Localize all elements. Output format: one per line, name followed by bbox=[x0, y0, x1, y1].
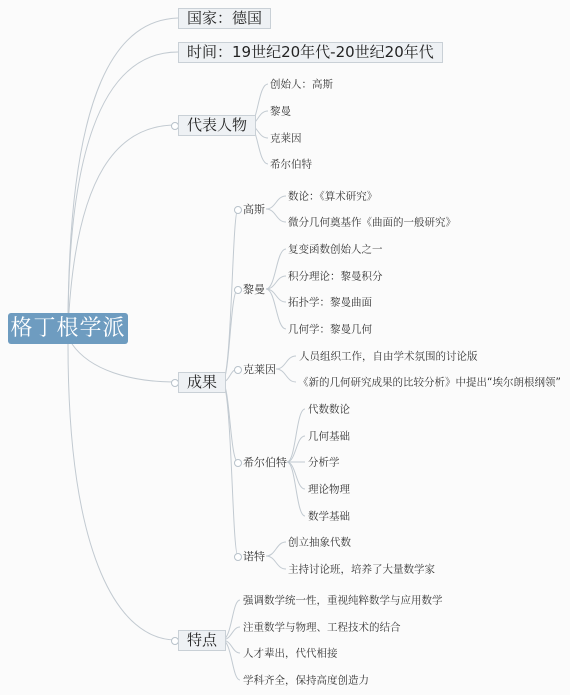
collapse-toggle-hilbert[interactable] bbox=[234, 459, 242, 467]
node-achievements[interactable]: 成果 bbox=[178, 372, 226, 393]
person-gauss[interactable]: 高斯 bbox=[243, 201, 265, 217]
node-time[interactable]: 时间：19世纪20年代-20世纪20年代 bbox=[178, 42, 443, 63]
figure-item[interactable]: 创始人：高斯 bbox=[270, 77, 333, 92]
achievement-item[interactable]: 数学基础 bbox=[308, 509, 350, 524]
feature-item[interactable]: 注重数学与物理、工程技术的结合 bbox=[243, 620, 401, 635]
achievement-item[interactable]: 理论物理 bbox=[308, 482, 350, 497]
achievement-item[interactable]: 微分几何奠基作《曲面的一般研究》 bbox=[288, 215, 456, 230]
collapse-toggle-riemann[interactable] bbox=[234, 286, 242, 294]
achievement-item[interactable]: 创立抽象代数 bbox=[288, 535, 351, 550]
achievement-item[interactable]: 几何学：黎曼几何 bbox=[288, 322, 372, 337]
achievement-item[interactable]: 代数数论 bbox=[308, 402, 350, 417]
person-klein[interactable]: 克莱因 bbox=[243, 361, 276, 377]
achievement-item[interactable]: 《新的几何研究成果的比较分析》中提出“埃尔朗根纲领” bbox=[298, 375, 561, 390]
person-riemann[interactable]: 黎曼 bbox=[243, 281, 265, 297]
achievement-item[interactable]: 主持讨论班，培养了大量数学家 bbox=[288, 562, 435, 577]
achievement-item[interactable]: 几何基础 bbox=[308, 429, 350, 444]
person-noether[interactable]: 诺特 bbox=[243, 548, 265, 564]
achievement-item[interactable]: 分析学 bbox=[308, 455, 340, 470]
feature-item[interactable]: 强调数学统一性，重视纯粹数学与应用数学 bbox=[243, 593, 443, 608]
achievement-item[interactable]: 数论：《算术研究》 bbox=[288, 189, 377, 204]
feature-item[interactable]: 人才辈出，代代相接 bbox=[243, 646, 338, 661]
figure-item[interactable]: 克莱因 bbox=[270, 131, 302, 146]
node-figures[interactable]: 代表人物 bbox=[178, 115, 256, 136]
feature-item[interactable]: 学科齐全，保持高度创造力 bbox=[243, 673, 369, 688]
collapse-toggle-gauss[interactable] bbox=[234, 206, 242, 214]
achievement-item[interactable]: 复变函数创始人之一 bbox=[288, 242, 383, 257]
figure-item[interactable]: 希尔伯特 bbox=[270, 157, 312, 172]
node-features[interactable]: 特点 bbox=[178, 630, 226, 651]
collapse-toggle-klein[interactable] bbox=[234, 366, 242, 374]
node-country[interactable]: 国家：德国 bbox=[178, 8, 271, 29]
achievement-item[interactable]: 拓扑学：黎曼曲面 bbox=[288, 295, 372, 310]
root-node[interactable]: 格丁根学派 bbox=[8, 313, 128, 344]
achievement-item[interactable]: 人员组织工作，自由学术氛围的讨论版 bbox=[299, 349, 478, 364]
achievement-item[interactable]: 积分理论：黎曼积分 bbox=[288, 269, 383, 284]
collapse-toggle-noether[interactable] bbox=[234, 553, 242, 561]
figure-item[interactable]: 黎曼 bbox=[270, 104, 291, 119]
person-hilbert[interactable]: 希尔伯特 bbox=[243, 454, 287, 470]
